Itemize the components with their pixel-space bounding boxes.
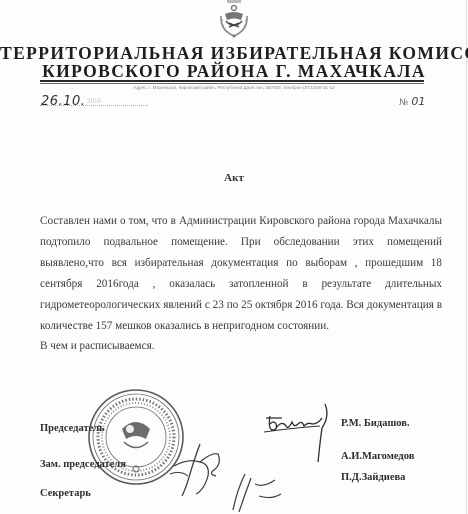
signature-name-chairman: Р.М. Бидашов. (341, 418, 410, 429)
chairman-handwritten-signature-icon (262, 402, 332, 466)
signature-block: Председатель Зам. председателя Секретарь… (0, 0, 468, 514)
signature-name-secretary: П.Д.Зайдиева (341, 472, 405, 483)
signature-role-secretary: Секретарь (40, 488, 91, 499)
secretary-handwritten-signature-icon (215, 470, 285, 514)
signature-role-chairman: Председатель (40, 423, 105, 434)
document-page: ТЕРРИТОРИАЛЬНАЯ ИЗБИРАТЕЛЬНАЯ КОМИССИЯ К… (0, 0, 468, 514)
signature-name-deputy: А.И.Магомедов (341, 451, 414, 462)
signature-role-deputy: Зам. председателя (40, 459, 126, 470)
